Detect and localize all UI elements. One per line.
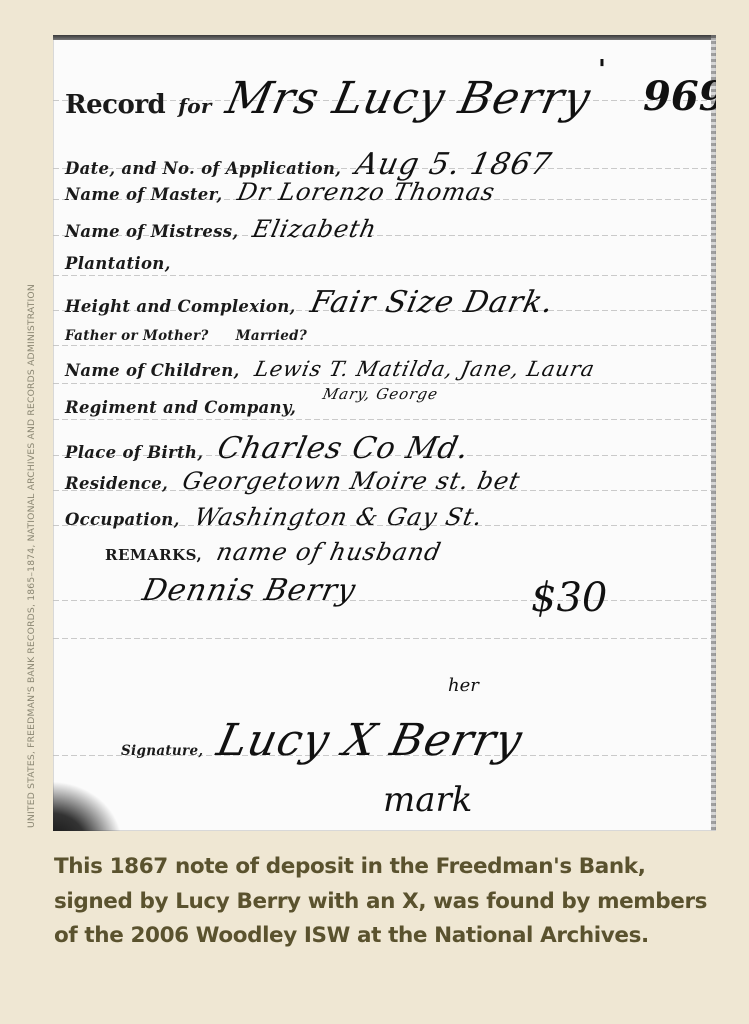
field-label: Plantation, [65, 254, 171, 273]
signature-handwritten: Lucy X Berry [213, 715, 527, 766]
field-occupation: Occupation, Washington & Gay St. [65, 503, 706, 531]
field-date-application: Date, and No. of Application, Aug 5. 186… [65, 147, 706, 182]
field-plantation: Plantation, [65, 254, 706, 273]
field-label: Height and Complexion, [65, 297, 296, 316]
remarks-handwritten: name of husband [214, 538, 444, 566]
field-value-handwritten: Washington & Gay St. [192, 503, 486, 531]
field-label-married: Married? [236, 328, 307, 344]
field-place-of-birth: Place of Birth, Charles Co Md. [65, 431, 706, 466]
field-label: Name of Children, [65, 361, 240, 380]
field-name-of-master: Name of Master, Dr Lorenzo Thomas [65, 178, 706, 206]
record-for-label: for [178, 94, 211, 118]
field-label: Name of Master, [65, 185, 222, 204]
ruled-line [53, 383, 716, 384]
field-label: Place of Birth, [65, 443, 203, 462]
field-name-of-mistress: Name of Mistress, Elizabeth [65, 215, 706, 243]
signature-her-handwritten: her [448, 675, 479, 696]
scan-smudge [53, 781, 123, 831]
photo-caption: This 1867 note of deposit in the Freedma… [54, 850, 714, 954]
ruled-line [53, 275, 716, 276]
field-label: Occupation, [65, 510, 180, 529]
field-name-of-children: Name of Children, Lewis T. Matilda, Jane… [65, 357, 706, 381]
field-residence: Residence, Georgetown Moire st. bet [65, 467, 706, 495]
remarks-row: REMARKS, name of husband [105, 538, 706, 566]
remarks-husband-row: Dennis Berry [133, 573, 706, 608]
field-value-handwritten: Elizabeth [251, 215, 380, 243]
field-father-mother-married: Father or Mother? Married? [65, 325, 706, 344]
field-value-handwritten: Fair Size Dark. [307, 285, 557, 320]
record-header: Record for Mrs Lucy Berry [65, 73, 706, 124]
card-right-border [711, 35, 716, 831]
field-regiment-company: Regiment and Company, [65, 398, 706, 417]
ruled-line [53, 345, 716, 346]
field-label: Date, and No. of Application, [65, 159, 341, 178]
husband-name-handwritten: Dennis Berry [139, 573, 359, 608]
record-tick: ' [598, 55, 606, 85]
field-label: Name of Mistress, [65, 222, 238, 241]
field-label: Regiment and Company, [65, 398, 296, 417]
field-value-handwritten: Lewis T. Matilda, Jane, Laura [252, 357, 597, 381]
image-credit: UNITED STATES, FREEDMAN'S BANK RECORDS, … [26, 68, 37, 828]
signature-row: Signature, Lucy X Berry [121, 715, 706, 766]
field-value-handwritten: Georgetown Moire st. bet [180, 467, 523, 495]
field-value-handwritten: Dr Lorenzo Thomas [235, 178, 498, 206]
field-height-complexion: Height and Complexion, Fair Size Dark. [65, 285, 706, 320]
field-value-handwritten: Aug 5. 1867 [353, 147, 556, 182]
record-label: Record [65, 90, 165, 120]
field-label: Father or Mother? [65, 328, 209, 344]
ruled-line [53, 419, 716, 420]
signature-mark-handwritten: mark [383, 780, 472, 820]
field-value-handwritten: Charles Co Md. [215, 431, 473, 466]
record-name-handwritten: Mrs Lucy Berry [221, 73, 595, 124]
deposit-amount-handwritten: $30 [531, 575, 607, 621]
record-number: 969 [643, 73, 716, 120]
signature-label: Signature, [121, 743, 203, 759]
field-label: Residence, [65, 474, 168, 493]
remarks-label: REMARKS, [105, 546, 202, 564]
freedmans-bank-record-card: Record for Mrs Lucy Berry ' 969 Date, an… [53, 35, 716, 831]
ruled-line [53, 638, 716, 639]
card-top-border [53, 35, 716, 40]
